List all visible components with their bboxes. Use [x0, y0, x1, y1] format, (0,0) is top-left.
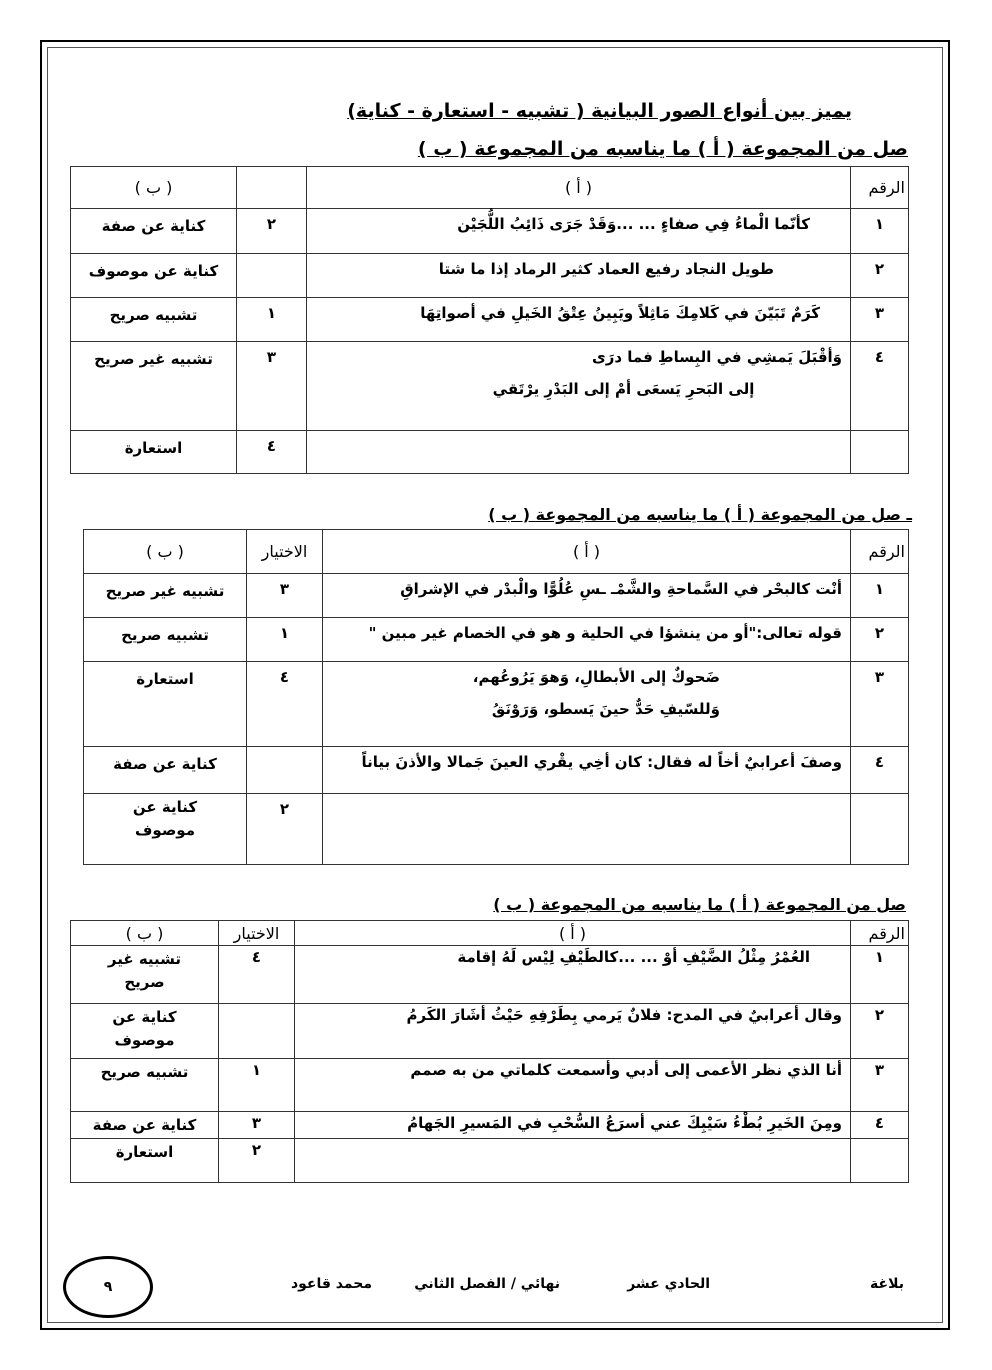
- item-a: ومِنَ الخَيرِ بُطْءُ سَيْبِكَ عني أسرَعُ…: [295, 1112, 851, 1139]
- item-a: [295, 1139, 851, 1183]
- item-a-line1: كَرَمٌ تَبَيّنَ في كَلامِكَ مَاثِلاً ويَ…: [420, 304, 820, 322]
- answer-b: كناية عن موصوف: [71, 254, 237, 298]
- item-a: وَأقْبَلَ يَمشِي في البِساطِ فما درَى إل…: [307, 342, 851, 431]
- item-a-line2: إلى البَحرِ يَسعَى أمْ إلى البَدْرِ يرْت…: [315, 380, 842, 398]
- answer-b: كناية عن موصوف: [71, 1004, 219, 1059]
- choice-cell[interactable]: ٢: [219, 1139, 295, 1183]
- table-row: تشبيه صريح ١ كَرَمٌ تَبَيّنَ في كَلامِكَ…: [71, 298, 909, 342]
- item-a: كَرَمٌ تَبَيّنَ في كَلامِكَ مَاثِلاً ويَ…: [307, 298, 851, 342]
- header-a: ( أ ): [295, 921, 851, 946]
- item-a-line1: وَأقْبَلَ يَمشِي في البِساطِ فما درَى: [592, 348, 842, 366]
- table-row: استعارة ٤ ضَحوكٌ إلى الأبطالِ، وَهوَ يَر…: [84, 662, 909, 747]
- item-a: وصفَ أعرابيٌ أخاً له فقال: كان أخِي يقْر…: [323, 747, 851, 794]
- row-number: [851, 1139, 909, 1183]
- answer-b: تشبيه صريح: [71, 1059, 219, 1112]
- header-b: ( ب ): [71, 167, 237, 209]
- item-a-line1: كأنّما الْماءُ فِي صفاءٍ ... ...وَقَدْ ج…: [457, 215, 810, 233]
- table-row: كناية عن موصوف وقال أعرابيٌ في المدح: فل…: [71, 1004, 909, 1059]
- row-number: ٤: [851, 342, 909, 431]
- choice-cell[interactable]: ٢: [247, 794, 323, 865]
- row-number: [851, 431, 909, 474]
- choice-cell[interactable]: ٤: [247, 662, 323, 747]
- row-number: ٤: [851, 747, 909, 794]
- row-number: ١: [851, 946, 909, 1004]
- header-a: ( أ ): [307, 167, 851, 209]
- table-row: استعارة ٢: [71, 1139, 909, 1183]
- page-number-circle: ٩: [63, 1256, 153, 1318]
- answer-b: كناية عن صفة: [84, 747, 247, 794]
- header-b: ( ب ): [71, 921, 219, 946]
- item-a-line1: قوله تعالى:"أو من ينشؤا في الحلية و هو ف…: [369, 624, 842, 642]
- header-b: ( ب ): [84, 530, 247, 574]
- header-choice: [237, 167, 307, 209]
- item-a: أنْت كالبحْر في السَّماحةِ والشَّمْـ ـسِ…: [323, 574, 851, 618]
- answer-b: تشبيه غير صريح: [71, 342, 237, 431]
- row-number: ١: [851, 209, 909, 254]
- item-a-line1: أنا الذي نظر الأعمى إلى أدبي وأسمعت كلما…: [410, 1061, 842, 1079]
- answer-b: تشبيه غير صريح: [84, 574, 247, 618]
- answer-b: استعارة: [71, 431, 237, 474]
- row-number: [851, 794, 909, 865]
- row-number: ٢: [851, 1004, 909, 1059]
- answer-b: كناية عن صفة: [71, 209, 237, 254]
- item-a: أنا الذي نظر الأعمى إلى أدبي وأسمعت كلما…: [295, 1059, 851, 1112]
- choice-cell[interactable]: [219, 1004, 295, 1059]
- header-choice: الاختيار: [219, 921, 295, 946]
- answer-b: تشبيه صريح: [71, 298, 237, 342]
- footer-term: نهائي / الفصل الثاني: [414, 1276, 560, 1292]
- item-a-line1: وقال أعرابيٌ في المدح: فلانٌ يَرمي بِطَر…: [407, 1006, 843, 1024]
- table-header-row: ( ب ) الاختيار ( أ ) الرقم: [71, 921, 909, 946]
- row-number: ٣: [851, 1059, 909, 1112]
- item-a: العُمْرُ مِثْلُ الضَّيْفِ أوْ ... ...كال…: [295, 946, 851, 1004]
- table-row: تشبيه غير صريح ٤ العُمْرُ مِثْلُ الضَّيْ…: [71, 946, 909, 1004]
- answer-b: كناية عن صفة: [71, 1112, 219, 1139]
- header-a: ( أ ): [323, 530, 851, 574]
- row-number: ٤: [851, 1112, 909, 1139]
- item-a: وقال أعرابيٌ في المدح: فلانٌ يَرمي بِطَر…: [295, 1004, 851, 1059]
- choice-cell[interactable]: ٤: [237, 431, 307, 474]
- header-choice: الاختيار: [247, 530, 323, 574]
- table-row: استعارة ٤: [71, 431, 909, 474]
- item-a-line1: ومِنَ الخَيرِ بُطْءُ سَيْبِكَ عني أسرَعُ…: [407, 1114, 842, 1132]
- exercise-3-instruction: صل من المجموعة ( أ ) ما يناسبه من المجمو…: [493, 895, 906, 914]
- item-a-line1: ضَحوكٌ إلى الأبطالِ، وَهوَ يَرُوعُهم،: [473, 668, 720, 686]
- table-header-row: ( ب ) ( أ ) الرقم: [71, 167, 909, 209]
- choice-cell[interactable]: [237, 254, 307, 298]
- choice-cell[interactable]: ١: [237, 298, 307, 342]
- answer-b: كناية عن موصوف: [84, 794, 247, 865]
- item-a: كأنّما الْماءُ فِي صفاءٍ ... ...وَقَدْ ج…: [307, 209, 851, 254]
- choice-cell[interactable]: ١: [219, 1059, 295, 1112]
- item-a: ضَحوكٌ إلى الأبطالِ، وَهوَ يَرُوعُهم، وَ…: [323, 662, 851, 747]
- header-num: الرقم: [851, 167, 909, 209]
- row-number: ٢: [851, 618, 909, 662]
- exercise-3-table: ( ب ) الاختيار ( أ ) الرقم تشبيه غير صري…: [70, 920, 909, 1183]
- answer-b: استعارة: [84, 662, 247, 747]
- table-row: تشبيه صريح ١ قوله تعالى:"أو من ينشؤا في …: [84, 618, 909, 662]
- choice-cell[interactable]: ٣: [219, 1112, 295, 1139]
- footer-subject: بلاغة: [870, 1276, 904, 1292]
- footer-grade: الحادي عشر: [627, 1276, 710, 1292]
- choice-cell[interactable]: ٣: [237, 342, 307, 431]
- choice-cell[interactable]: ٣: [247, 574, 323, 618]
- choice-cell[interactable]: ٤: [219, 946, 295, 1004]
- item-a-line2: وَللسّيفِ حَدٌّ حينَ يَسطو، وَرَوْنَقُ: [331, 700, 720, 718]
- row-number: ٣: [851, 662, 909, 747]
- choice-cell[interactable]: ٢: [237, 209, 307, 254]
- exercise-2-table: ( ب ) الاختيار ( أ ) الرقم تشبيه غير صري…: [83, 529, 909, 865]
- table-row: تشبيه غير صريح ٣ وَأقْبَلَ يَمشِي في الب…: [71, 342, 909, 431]
- answer-b: استعارة: [71, 1139, 219, 1183]
- item-a-line1: أنْت كالبحْر في السَّماحةِ والشَّمْـ ـسِ…: [400, 580, 842, 598]
- item-a-line1: طويل النجاد رفيع العماد كثير الرماد إذا …: [439, 260, 774, 278]
- table-row: تشبيه غير صريح ٣ أنْت كالبحْر في السَّما…: [84, 574, 909, 618]
- table-row: كناية عن موصوف طويل النجاد رفيع العماد ك…: [71, 254, 909, 298]
- answer-b: تشبيه صريح: [84, 618, 247, 662]
- table-row: كناية عن صفة ٢ كأنّما الْماءُ فِي صفاءٍ …: [71, 209, 909, 254]
- choice-cell[interactable]: ١: [247, 618, 323, 662]
- item-a: [323, 794, 851, 865]
- table-row: كناية عن صفة وصفَ أعرابيٌ أخاً له فقال: …: [84, 747, 909, 794]
- row-number: ٢: [851, 254, 909, 298]
- exercise-2-instruction: ـ صل من المجموعة ( أ ) ما يناسبه من المج…: [488, 505, 912, 524]
- choice-cell[interactable]: [247, 747, 323, 794]
- item-a-line1: وصفَ أعرابيٌ أخاً له فقال: كان أخِي يقْر…: [362, 753, 842, 771]
- item-a: [307, 431, 851, 474]
- page-number: ٩: [104, 1279, 113, 1295]
- row-number: ١: [851, 574, 909, 618]
- exercise-1-instruction: صل من المجموعة ( أ ) ما يناسبه من المجمو…: [418, 138, 908, 160]
- page-title: يميز بين أنواع الصور البيانية ( تشبيه - …: [347, 100, 852, 122]
- exercise-1-table: ( ب ) ( أ ) الرقم كناية عن صفة ٢ كأنّما …: [70, 166, 909, 474]
- item-a-line1: العُمْرُ مِثْلُ الضَّيْفِ أوْ ... ...كال…: [457, 948, 810, 966]
- table-row: كناية عن صفة ٣ ومِنَ الخَيرِ بُطْءُ سَيْ…: [71, 1112, 909, 1139]
- table-row: كناية عن موصوف ٢: [84, 794, 909, 865]
- header-num: الرقم: [851, 530, 909, 574]
- answer-b: تشبيه غير صريح: [71, 946, 219, 1004]
- header-num: الرقم: [851, 921, 909, 946]
- table-header-row: ( ب ) الاختيار ( أ ) الرقم: [84, 530, 909, 574]
- item-a: قوله تعالى:"أو من ينشؤا في الحلية و هو ف…: [323, 618, 851, 662]
- row-number: ٣: [851, 298, 909, 342]
- item-a: طويل النجاد رفيع العماد كثير الرماد إذا …: [307, 254, 851, 298]
- table-row: تشبيه صريح ١ أنا الذي نظر الأعمى إلى أدب…: [71, 1059, 909, 1112]
- footer-teacher: محمد قاعود: [291, 1276, 372, 1292]
